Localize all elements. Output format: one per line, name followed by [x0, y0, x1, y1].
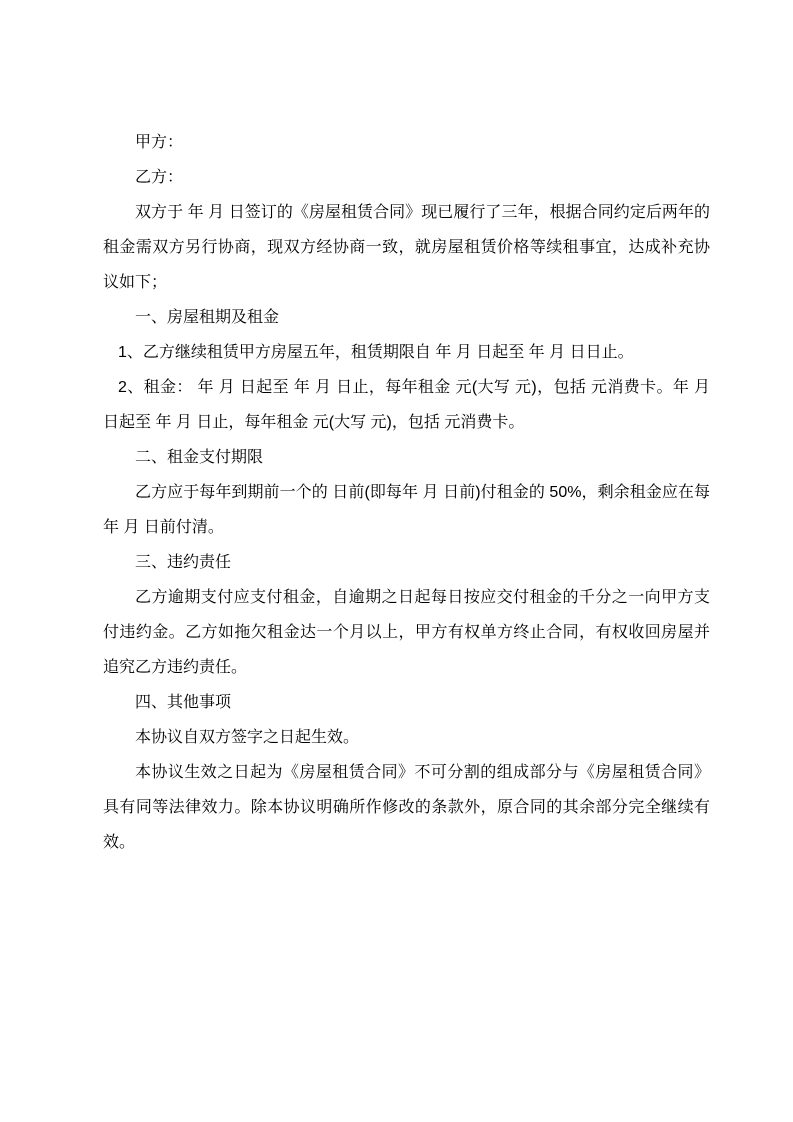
- clause-1-item-2: 2、租金： 年 月 日起至 年 月 日止，每年租金 元(大写 元)，包括 元消费…: [103, 370, 710, 440]
- section-2-body: 乙方应于每年到期前一个的 日前(即每年 月 日前)付租金的 50%，剩余租金应在…: [103, 475, 710, 545]
- preamble-paragraph: 双方于 年 月 日签订的《房屋租赁合同》现已履行了三年，根据合同约定后两年的租金…: [103, 195, 710, 300]
- party-b-label: 乙方：: [103, 160, 710, 195]
- section-3-body: 乙方逾期支付应支付租金，自逾期之日起每日按应交付租金的千分之一向甲方支付违约金。…: [103, 580, 710, 685]
- section-4-supplement-clause: 本协议生效之日起为《房屋租赁合同》不可分割的组成部分与《房屋租赁合同》具有同等法…: [103, 755, 710, 860]
- section-4-effective-clause: 本协议自双方签字之日起生效。: [103, 720, 710, 755]
- party-a-label: 甲方：: [103, 125, 710, 160]
- section-3-heading: 三、违约责任: [103, 545, 710, 580]
- section-2-heading: 二、租金支付期限: [103, 440, 710, 475]
- document-content: 甲方： 乙方： 双方于 年 月 日签订的《房屋租赁合同》现已履行了三年，根据合同…: [103, 125, 710, 860]
- section-1-heading: 一、房屋租期及租金: [103, 300, 710, 335]
- clause-1-item-1: 1、乙方继续租赁甲方房屋五年，租赁期限自 年 月 日起至 年 月 日日止。: [103, 335, 710, 370]
- section-4-heading: 四、其他事项: [103, 685, 710, 720]
- document-page: 甲方： 乙方： 双方于 年 月 日签订的《房屋租赁合同》现已履行了三年，根据合同…: [0, 0, 793, 1122]
